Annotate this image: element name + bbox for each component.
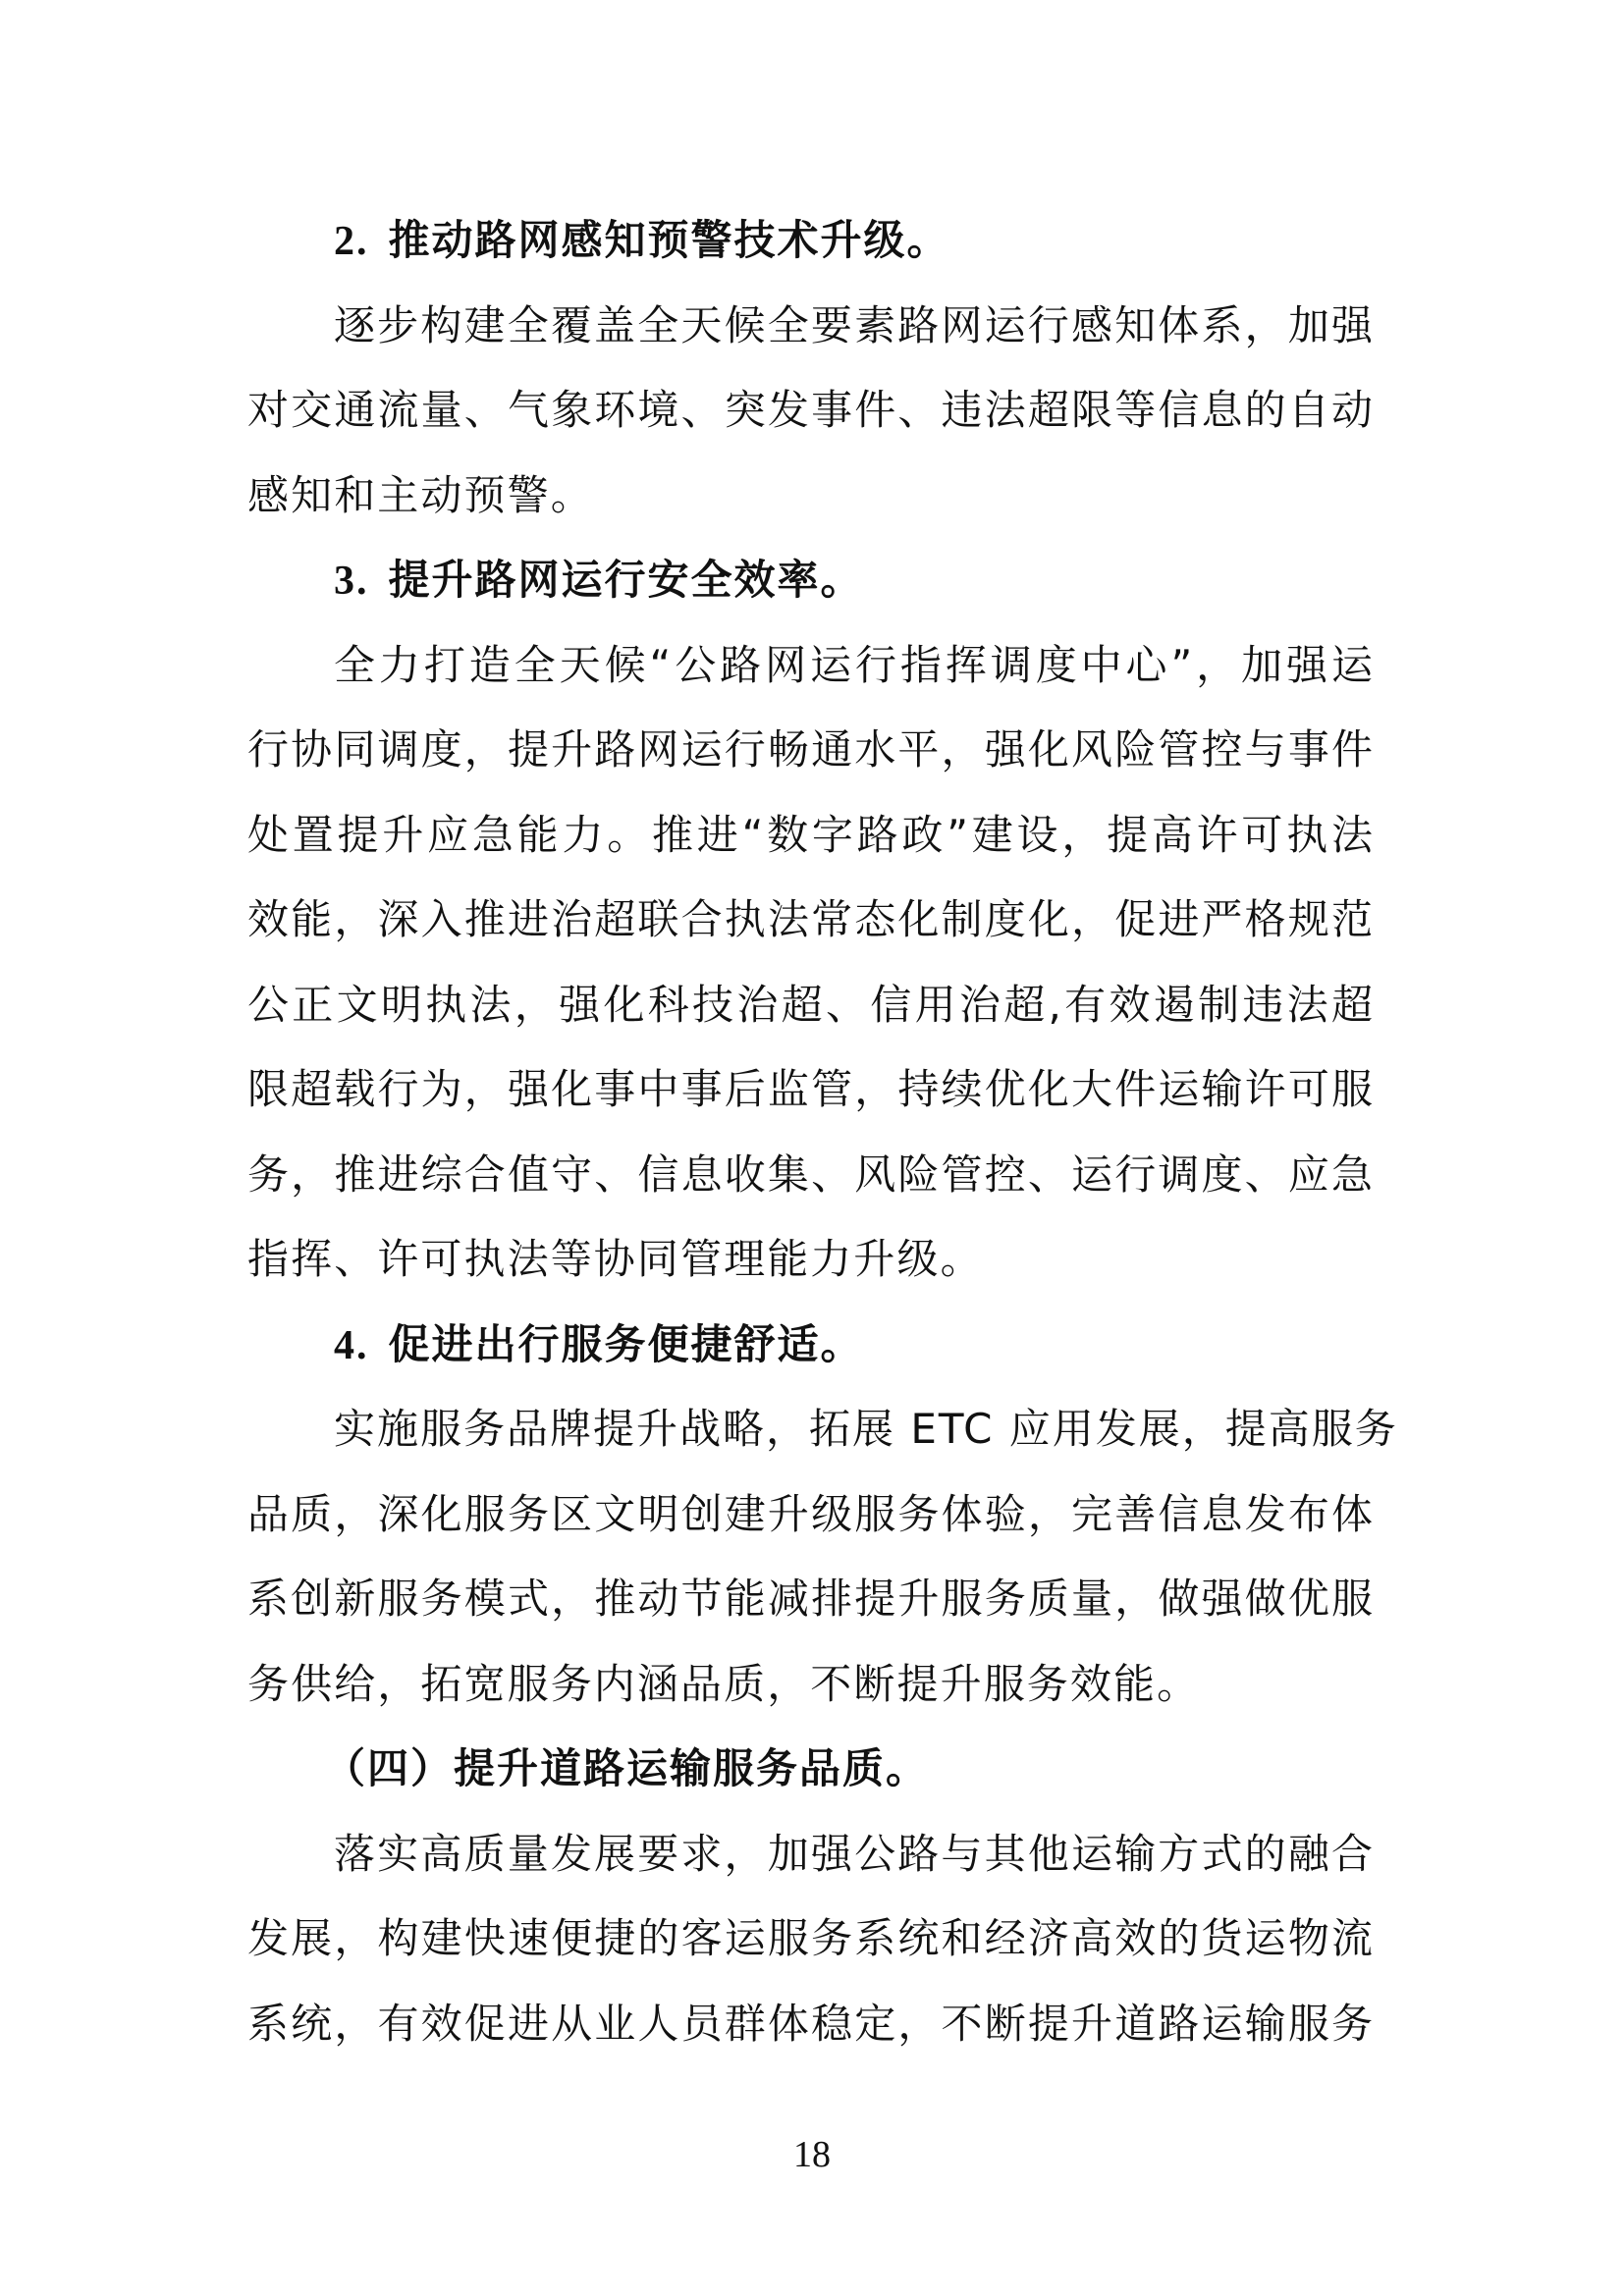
document-page: 2.推动路网感知预警技术升级。 逐步构建全覆盖全天候全要素路网运行感知体系，加强…: [0, 0, 1624, 2296]
heading-text: 提升路网运行安全效率。: [389, 556, 864, 604]
paragraph-line: 发展，构建快速便捷的客运服务系统和经济高效的货运物流: [247, 1896, 1375, 1981]
heading-number: 2.: [334, 219, 369, 264]
paragraph-line: 品质，深化服务区文明创建升级服务体验，完善信息发布体: [247, 1472, 1375, 1557]
paragraph-line: 处置提升应急能力。推进“数字路政”建设，提高许可执法: [247, 793, 1375, 878]
paragraph-line: 效能，深入推进治超联合执法常态化制度化，促进严格规范: [247, 878, 1375, 962]
section-heading-four: （四）提升道路运输服务品质。: [324, 1727, 929, 1811]
section-heading-4: 4.促进出行服务便捷舒适。: [334, 1303, 864, 1387]
paragraph-line: 系创新服务模式，推动节能减排提升服务质量，做强做优服: [247, 1557, 1375, 1641]
paragraph-line: 务供给，拓宽服务内涵品质，不断提升服务效能。: [247, 1642, 1375, 1727]
paragraph-line: 务，推进综合值守、信息收集、风险管控、运行调度、应急: [247, 1133, 1375, 1217]
paragraph-line: 公正文明执法，强化科技治超、信用治超,有效遏制违法超: [247, 963, 1375, 1047]
paragraph-line: 对交通流量、气象环境、突发事件、违法超限等信息的自动: [247, 368, 1375, 453]
heading-text: （四）提升道路运输服务品质。: [324, 1744, 929, 1792]
paragraph-line: 行协同调度，提升路网运行畅通水平，强化风险管控与事件: [247, 708, 1375, 792]
page-number: 18: [0, 2130, 1624, 2179]
paragraph-line: 全力打造全天候“公路网运行指挥调度中心”，加强运: [334, 623, 1375, 708]
paragraph-line: 指挥、许可执法等协同管理能力升级。: [247, 1217, 1375, 1302]
paragraph-line: 落实高质量发展要求，加强公路与其他运输方式的融合: [334, 1812, 1375, 1896]
paragraph-line: 感知和主动预警。: [247, 454, 1375, 538]
heading-number: 4.: [334, 1323, 369, 1368]
heading-text: 推动路网感知预警技术升级。: [389, 216, 950, 264]
section-heading-3: 3.提升路网运行安全效率。: [334, 538, 864, 622]
paragraph-line: 限超载行为，强化事中事后监管，持续优化大件运输许可服: [247, 1047, 1375, 1132]
heading-text: 促进出行服务便捷舒适。: [389, 1320, 864, 1368]
section-heading-2: 2.推动路网感知预警技术升级。: [334, 198, 950, 283]
heading-number: 3.: [334, 559, 369, 604]
paragraph-line: 逐步构建全覆盖全天候全要素路网运行感知体系，加强: [334, 284, 1375, 368]
paragraph-line: 系统，有效促进从业人员群体稳定，不断提升道路运输服务: [247, 1982, 1375, 2066]
paragraph-line: 实施服务品牌提升战略，拓展 ETC 应用发展，提高服务: [334, 1387, 1375, 1471]
